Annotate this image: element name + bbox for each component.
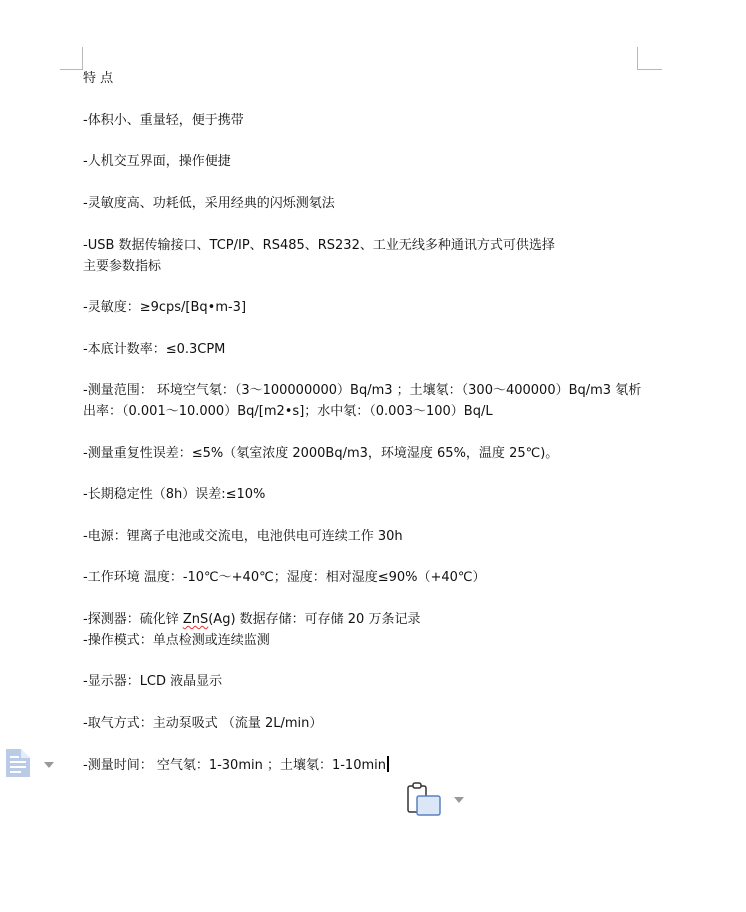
detector-prefix: -探测器：硫化锌 [83,612,183,627]
param-background: -本底计数率：≤0.3CPM [83,340,225,360]
text-cursor [387,756,389,772]
heading-params: 主要参数指标 [83,257,161,277]
param-time: -测量时间： 空气氡：1-30min ；土壤氡：1-10min [83,756,389,776]
heading-features: 特 点 [83,69,113,89]
param-detector: -探测器：硫化锌 ZnS(Ag) 数据存储：可存储 20 万条记录 [83,610,420,630]
feature-line: -USB 数据传输接口、TCP/IP、RS485、RS232、工业无线多种通讯方… [83,236,555,256]
paste-options-icon[interactable] [406,782,446,818]
param-range-1: -测量范围： 环境空气氡：（3～100000000）Bq/m3 ；土壤氡：（30… [83,381,641,401]
crop-mark-top-right [637,47,662,70]
param-stability: -长期稳定性（8h）误差:≤10% [83,485,265,505]
param-environment: -工作环境 温度：-10℃～+40℃；湿度：相对湿度≤90%（+40℃） [83,568,486,588]
chevron-down-icon[interactable] [44,762,54,768]
param-display: -显示器：LCD 液晶显示 [83,672,222,692]
param-power: -电源：锂离子电池或交流电，电池供电可连续工作 30h [83,527,403,547]
param-range-2: 出率：（0.001～10.000）Bq/[m2•s]；水中氡：（0.003～10… [83,402,493,422]
feature-line: -灵敏度高、功耗低，采用经典的闪烁测氡法 [83,194,335,214]
param-mode: -操作模式：单点检测或连续监测 [83,631,270,651]
feature-line: -人机交互界面，操作便捷 [83,152,231,172]
param-repeatability: -测量重复性误差：≤5%（氡室浓度 2000Bq/m3，环境湿度 65%，温度 … [83,444,558,464]
document-icon[interactable] [4,748,32,778]
param-sensitivity: -灵敏度：≥9cps/[Bq•m-3] [83,298,246,318]
spellcheck-word[interactable]: ZnS [183,612,208,627]
param-time-text: -测量时间： 空气氡：1-30min ；土壤氡：1-10min [83,758,386,773]
paste-dropdown-arrow-icon[interactable] [454,797,464,803]
crop-mark-top-left [60,47,83,70]
feature-line: -体积小、重量轻，便于携带 [83,111,244,131]
detector-suffix: (Ag) 数据存储：可存储 20 万条记录 [208,612,420,627]
param-sampling: -取气方式：主动泵吸式 （流量 2L/min） [83,714,322,734]
